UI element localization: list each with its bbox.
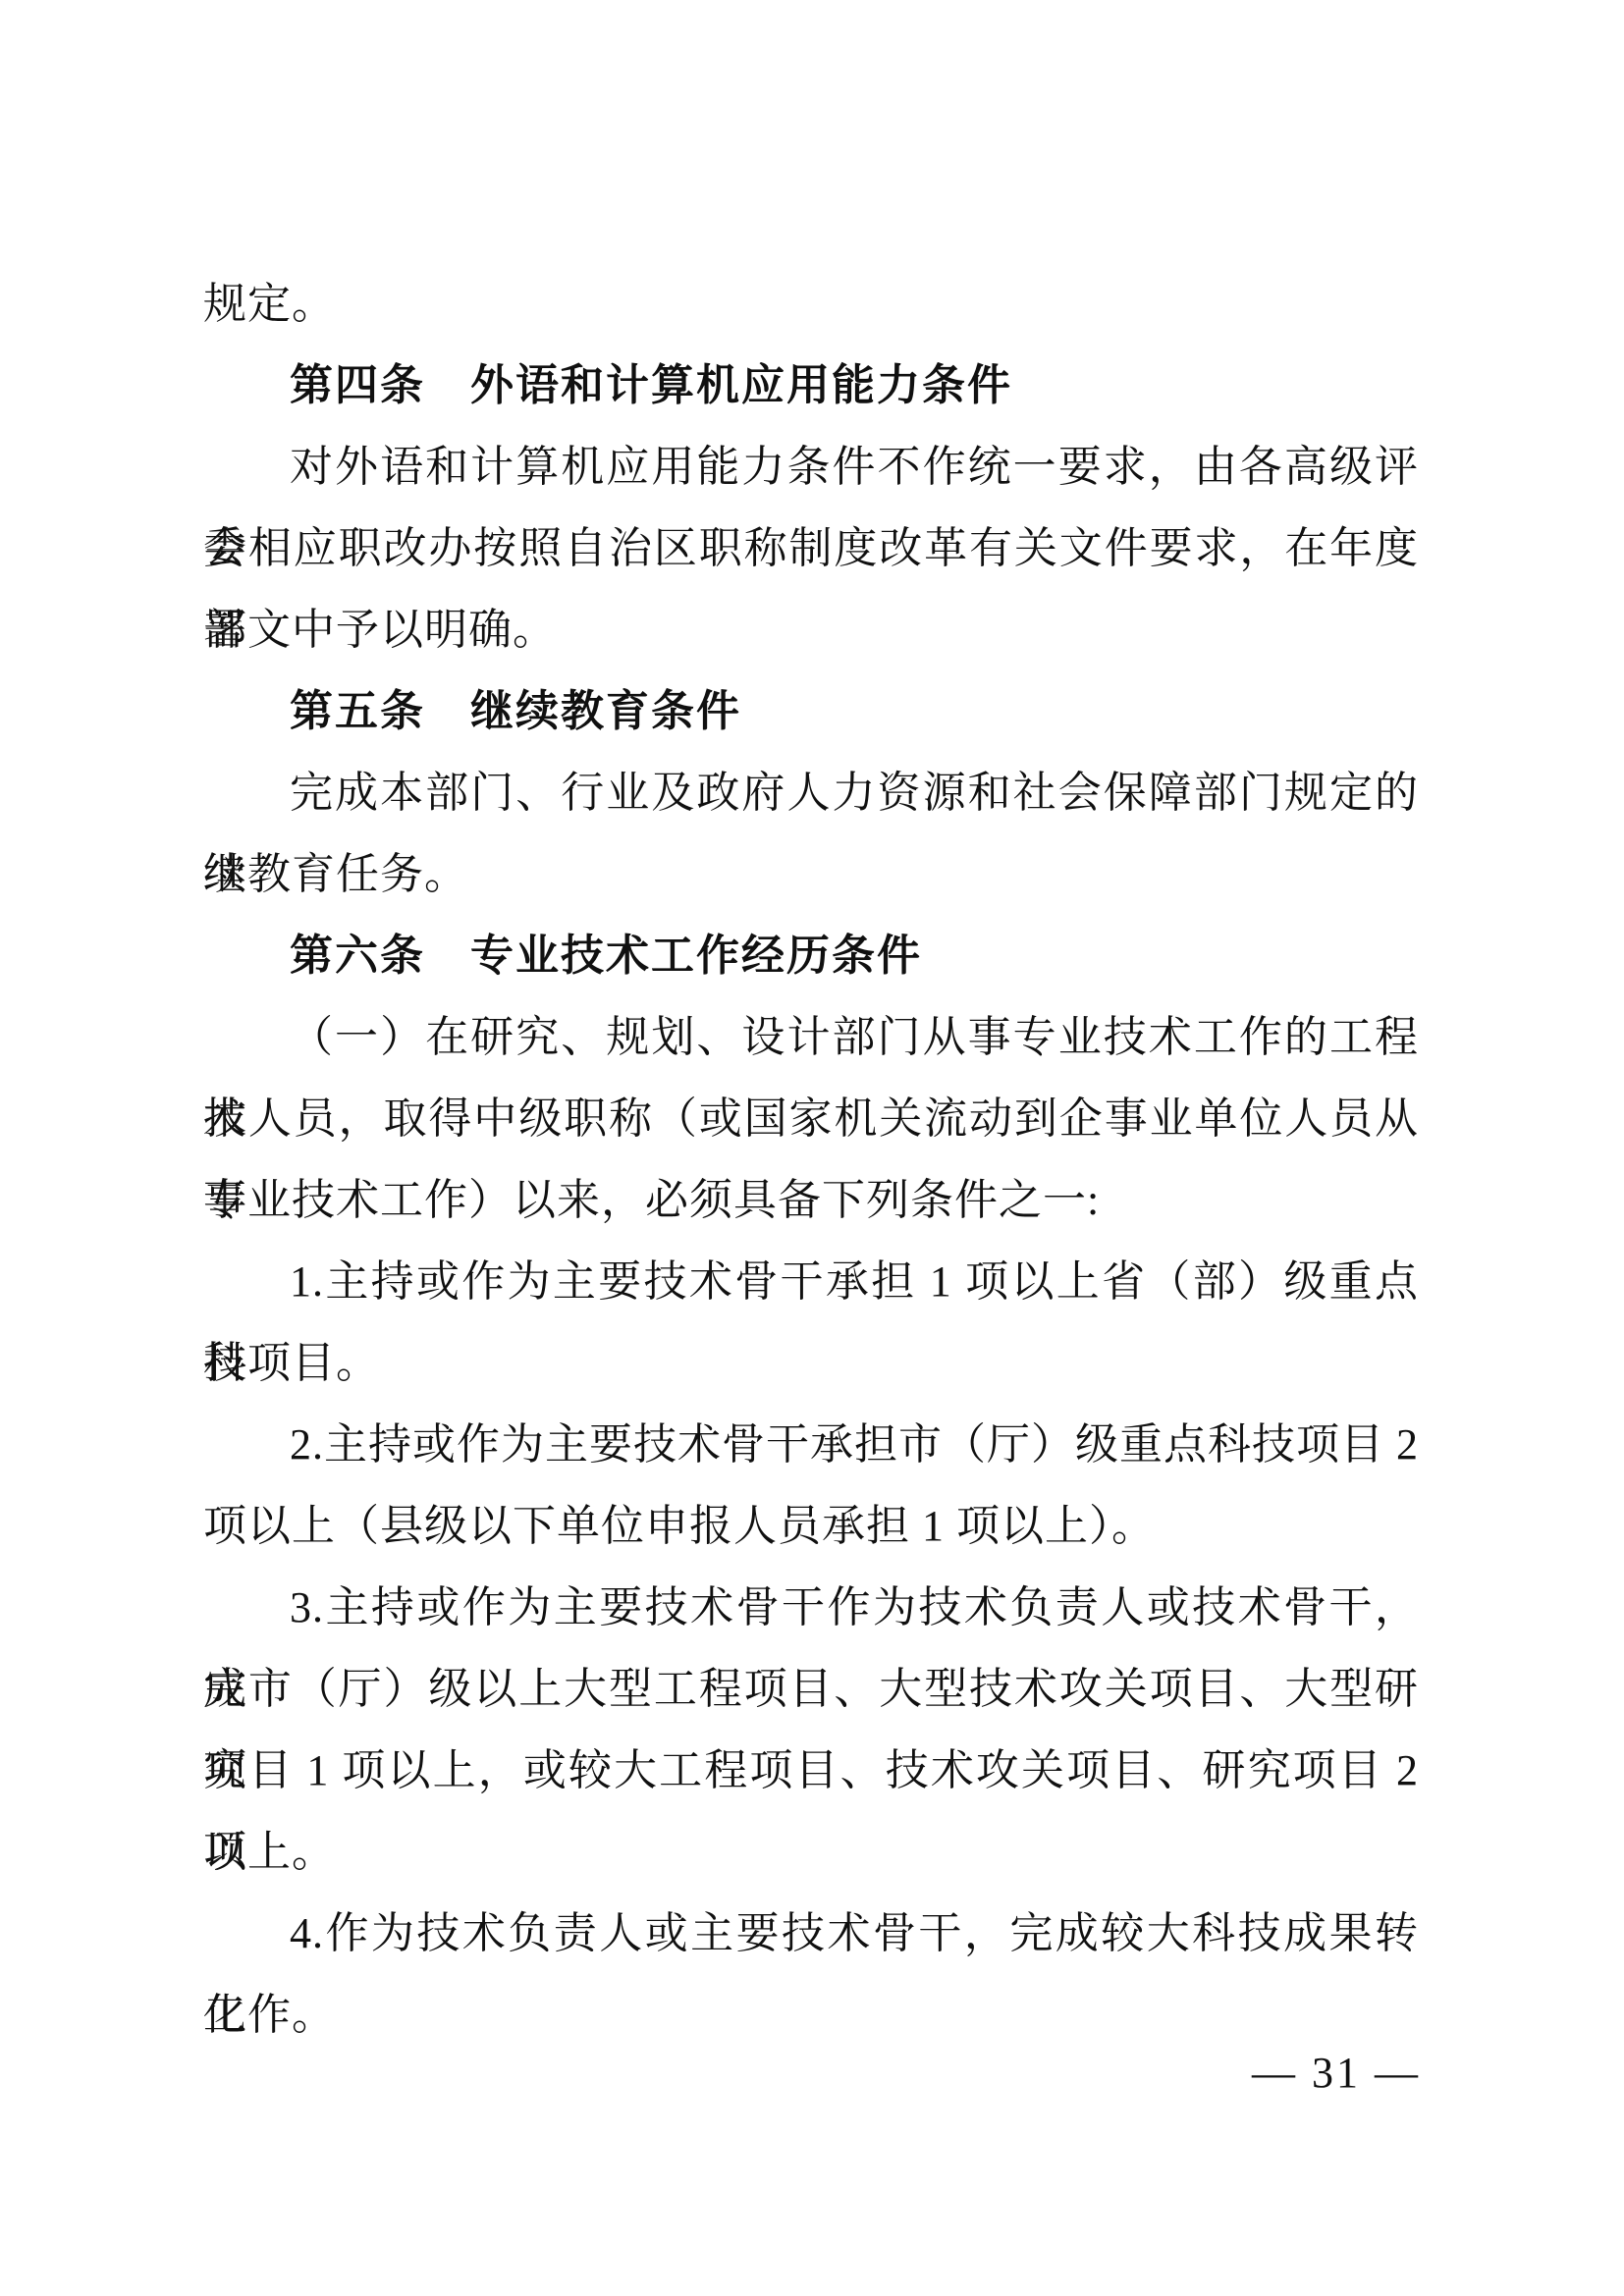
body-line: 续教育任务。	[203, 833, 1419, 915]
body-line: 专业技术工作）以来，必须具备下列条件之一:	[203, 1159, 1419, 1241]
body-line: 规定。	[203, 263, 1419, 345]
body-line: 完成本部门、行业及政府人力资源和社会保障部门规定的继	[203, 752, 1419, 833]
body-line: 4.作为技术负责人或主要技术骨干，完成较大科技成果转化	[203, 1893, 1419, 1974]
body-line: 1.主持或作为主要技术骨干承担 1 项以上省（部）级重点科	[203, 1241, 1419, 1322]
body-line: （一）在研究、规划、设计部门从事专业技术工作的工程技	[203, 996, 1419, 1078]
body-line: 2.主持或作为主要技术骨干承担市（厅）级重点科技项目 2	[203, 1404, 1419, 1485]
body-line: 项以上（县级以下单位申报人员承担 1 项以上）。	[203, 1485, 1419, 1567]
body-line: 会相应职改办按照自治区职称制度改革有关文件要求，在年度部	[203, 507, 1419, 589]
document-body: 规定。第四条 外语和计算机应用能力条件对外语和计算机应用能力条件不作统一要求，由…	[203, 263, 1419, 2056]
document-page: 规定。第四条 外语和计算机应用能力条件对外语和计算机应用能力条件不作统一要求，由…	[0, 0, 1624, 2296]
heading-line: 第六条 专业技术工作经历条件	[203, 915, 1419, 996]
heading-line: 第五条 继续教育条件	[203, 670, 1419, 752]
body-line: 项目 1 项以上，或较大工程项目、技术攻关项目、研究项目 2 项	[203, 1730, 1419, 1811]
body-line: 术人员，取得中级职称（或国家机关流动到企事业单位人员从事	[203, 1078, 1419, 1159]
page-number: — 31 —	[1252, 2048, 1421, 2099]
body-line: 工作。	[203, 1974, 1419, 2056]
body-line: 3.主持或作为主要技术骨干作为技术负责人或技术骨干，完	[203, 1567, 1419, 1648]
body-line: 以上。	[203, 1811, 1419, 1893]
body-line: 署文中予以明确。	[203, 589, 1419, 670]
body-line: 成市（厅）级以上大型工程项目、大型技术攻关项目、大型研究	[203, 1648, 1419, 1730]
heading-line: 第四条 外语和计算机应用能力条件	[203, 345, 1419, 426]
body-line: 技项目。	[203, 1322, 1419, 1404]
body-line: 对外语和计算机应用能力条件不作统一要求，由各高级评委	[203, 426, 1419, 507]
